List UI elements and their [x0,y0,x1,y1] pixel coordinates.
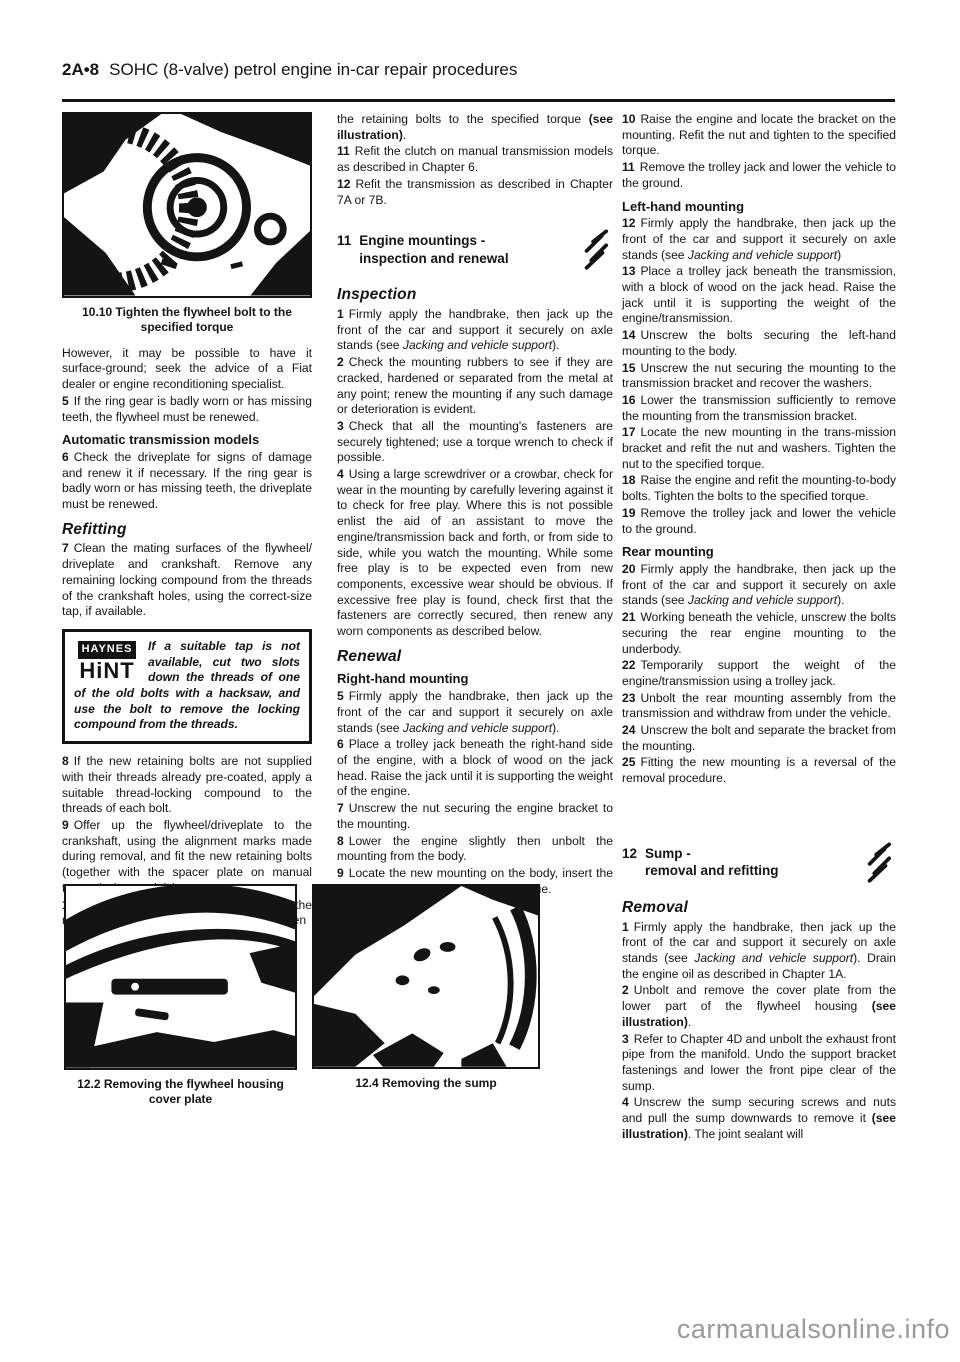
paragraph-number: 11 [337,144,350,158]
numbered-paragraph-11: 11Remove the trolley jack and lower the … [622,160,896,191]
paragraph-number: 14 [622,328,635,342]
section-title: Sump -removal and refitting [645,845,779,880]
page-title: SOHC (8-valve) petrol engine in-car repa… [109,60,517,79]
paragraph-number: 5 [337,689,344,703]
numbered-paragraph-3: 3Refer to Chapter 4D and unbolt the exha… [622,1032,896,1095]
paragraph-number: 6 [62,450,69,464]
spanner-rating-icon [864,841,892,885]
numbered-paragraph-6: 6Place a trolley jack beneath the right-… [337,737,613,800]
scan-photo-p122 [64,884,297,1070]
numbered-paragraph-17: 17Locate the new mounting in the trans-m… [622,425,896,472]
haynes-hint-logo: HAYNESHiNT [74,641,140,682]
sub-heading: Automatic transmission models [62,432,312,448]
paragraph-number: 1 [337,307,344,321]
numbered-paragraph-10: 10Raise the engine and locate the bracke… [622,112,896,159]
paragraph-number: 17 [622,425,635,439]
numbered-paragraph-18: 18Raise the engine and refit the mountin… [622,473,896,504]
paragraph-number: 5 [62,394,69,408]
section-title: Engine mountings -inspection and renewal [359,232,508,267]
watermark: carmanualsonline.info [677,1314,950,1345]
paragraph: However, it may be possible to have it s… [62,346,312,393]
numbered-paragraph-15: 15Unscrew the nut securing the mounting … [622,361,896,392]
paragraph-number: 4 [337,467,344,481]
paragraph-number: 8 [62,754,69,768]
section-number: 12 [622,845,637,880]
numbered-paragraph-24: 24Unscrew the bolt and separate the brac… [622,723,896,754]
numbered-paragraph-5: 5If the ring gear is badly worn or has m… [62,394,312,425]
numbered-paragraph-14: 14Unscrew the bolts securing the left-ha… [622,328,896,359]
photo-figure-p122: 12.2 Removing the flywheel housing cover… [64,884,297,1108]
section-heading-12: 12Sump -removal and refitting [622,845,896,880]
paragraph-number: 18 [622,473,635,487]
page-header: 2A•8SOHC (8-valve) petrol engine in-car … [62,60,517,80]
numbered-paragraph-8: 8Lower the engine slightly then unbolt t… [337,834,613,865]
numbered-paragraph-3: 3Check that all the mounting's fasteners… [337,419,613,466]
paragraph-number: 22 [622,658,635,672]
paragraph-number: 8 [337,834,344,848]
numbered-paragraph-4: 4Using a large screwdriver or a crowbar,… [337,467,613,640]
hint-label: HiNT [74,660,140,682]
figure-12-2: 12.2 Removing the flywheel housing cover… [64,884,297,1118]
photo-caption: 12.2 Removing the flywheel housing cover… [70,1077,291,1108]
paragraph-number: 13 [622,264,635,278]
paragraph-number: 19 [622,506,635,520]
procedure-heading: Refitting [62,522,312,538]
paragraph-number: 7 [62,541,69,555]
numbered-paragraph-8: 8If the new retaining bolts are not supp… [62,754,312,817]
numbered-paragraph-12: 12Firmly apply the handbrake, then jack … [622,216,896,263]
numbered-paragraph-7: 7Clean the mating surfaces of the flywhe… [62,541,312,620]
numbered-paragraph-12: 12Refit the transmission as described in… [337,177,613,208]
spanner-rating-icon [581,228,609,272]
paragraph-number: 2 [622,983,629,997]
paragraph-number: 10 [622,112,635,126]
paragraph-number: 9 [62,818,69,832]
paragraph-number: 3 [337,419,344,433]
numbered-paragraph-2: 2Check the mounting rubbers to see if th… [337,355,613,418]
page-number: 2A•8 [62,60,99,79]
paragraph-number: 25 [622,755,635,769]
numbered-paragraph-22: 22Temporarily support the weight of the … [622,658,896,689]
procedure-heading: Removal [622,900,896,916]
numbered-paragraph-25: 25Fitting the new mounting is a reversal… [622,755,896,786]
paragraph-number: 2 [337,355,344,369]
paragraph-number: 12 [622,216,635,230]
paragraph-number: 21 [622,610,635,624]
numbered-paragraph-2: 2Unbolt and remove the cover plate from … [622,983,896,1030]
photo-figure-p124: 12.4 Removing the sump [312,884,540,1091]
paragraph-number: 4 [622,1095,629,1109]
sub-heading: Rear mounting [622,544,896,560]
column-right: 10Raise the engine and locate the bracke… [622,112,896,1143]
paragraph-number: 11 [622,160,635,174]
header-rule [62,99,895,102]
paragraph-number: 7 [337,801,344,815]
paragraph-number: 20 [622,562,635,576]
procedure-heading: Inspection [337,287,613,303]
paragraph-number: 1 [622,920,629,934]
photo-caption: 12.4 Removing the sump [318,1076,534,1092]
numbered-paragraph-21: 21Working beneath the vehicle, unscrew t… [622,610,896,657]
numbered-paragraph-23: 23Unbolt the rear mounting assembly from… [622,691,896,722]
numbered-paragraph-1: 1Firmly apply the handbrake, then jack u… [622,920,896,983]
numbered-paragraph-6: 6Check the driveplate for signs of damag… [62,450,312,513]
paragraph-number: 16 [622,393,635,407]
paragraph-number: 9 [337,866,344,880]
column-middle: the retaining bolts to the specified tor… [337,112,613,898]
numbered-paragraph-7: 7Unscrew the nut securing the engine bra… [337,801,613,832]
scan-photo-p1010 [62,112,312,298]
haynes-brand-label: HAYNES [78,641,137,659]
numbered-paragraph-13: 13Place a trolley jack beneath the trans… [622,264,896,327]
numbered-paragraph-20: 20Firmly apply the handbrake, then jack … [622,562,896,609]
procedure-heading: Renewal [337,649,613,665]
column-left: 10.10 Tighten the flywheel bolt to the s… [62,112,312,930]
paragraph-number: 24 [622,723,635,737]
scan-photo-p124 [312,884,540,1069]
paragraph-number: 23 [622,691,635,705]
photo-caption: 10.10 Tighten the flywheel bolt to the s… [68,305,306,336]
paragraph-number: 3 [622,1032,629,1046]
numbered-paragraph-19: 19Remove the trolley jack and lower the … [622,506,896,537]
numbered-paragraph-11: 11Refit the clutch on manual transmissio… [337,144,613,175]
sub-heading: Left-hand mounting [622,199,896,215]
section-number: 11 [337,232,351,267]
numbered-paragraph-1: 1Firmly apply the handbrake, then jack u… [337,307,613,354]
section-heading-11: 11Engine mountings -inspection and renew… [337,232,613,267]
photo-figure-p1010: 10.10 Tighten the flywheel bolt to the s… [62,112,312,336]
paragraph: the retaining bolts to the specified tor… [337,112,613,143]
paragraph-number: 12 [337,177,350,191]
manual-page: 2A•8SOHC (8-valve) petrol engine in-car … [0,0,960,1362]
numbered-paragraph-4: 4Unscrew the sump securing screws and nu… [622,1095,896,1142]
sub-heading: Right-hand mounting [337,671,613,687]
figure-12-4: 12.4 Removing the sump [312,884,540,1101]
haynes-hint-box: HAYNESHiNTIf a suitable tap is not avail… [62,629,312,744]
paragraph-number: 15 [622,361,635,375]
paragraph-number: 6 [337,737,344,751]
numbered-paragraph-5: 5Firmly apply the handbrake, then jack u… [337,689,613,736]
numbered-paragraph-16: 16Lower the transmission sufficiently to… [622,393,896,424]
